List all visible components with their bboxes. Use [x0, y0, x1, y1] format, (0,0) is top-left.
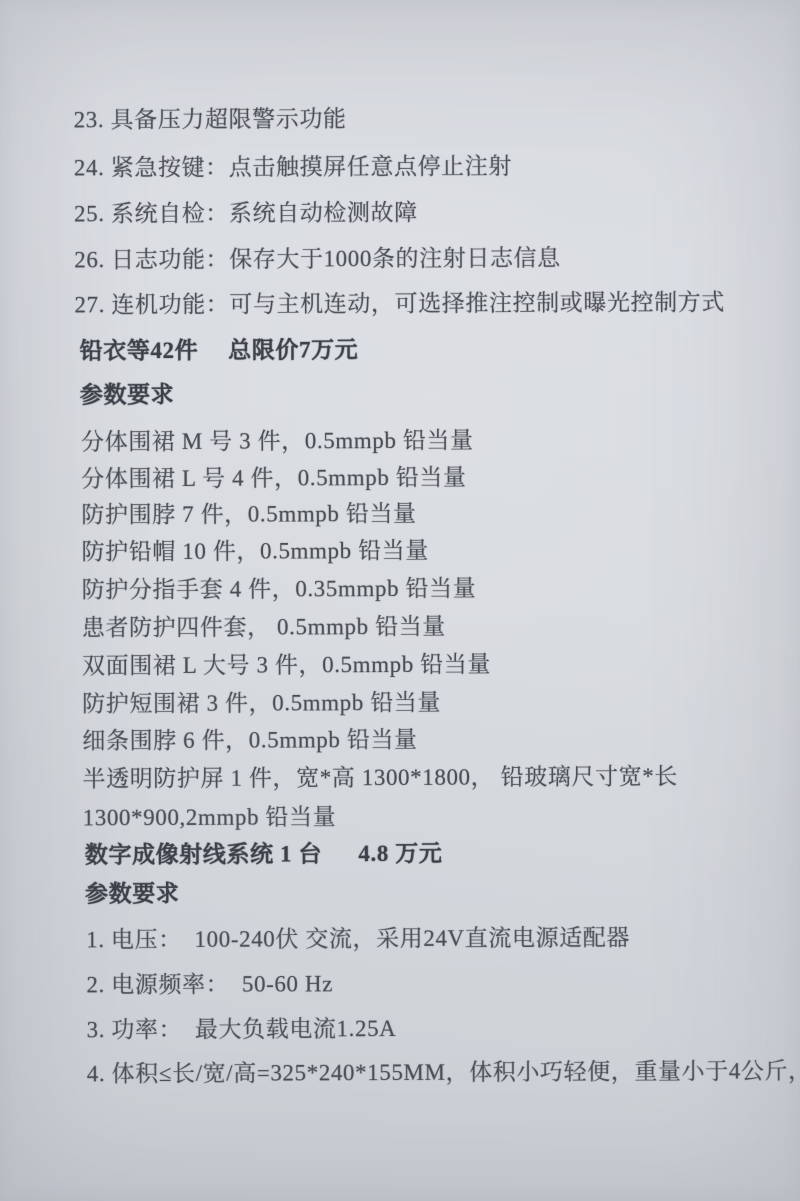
- apron-item-protective-screen-cont: 1300*900,2mmpb 铅当量: [83, 804, 337, 831]
- apron-item-patient-set: 患者防护四件套， 0.5mmpb 铅当量: [82, 614, 446, 642]
- imaging-system-title: 数字成像射线系统 1 台 4.8 万元: [85, 841, 443, 869]
- apron-item-finger-gloves: 防护分指手套 4 件，0.35mmpb 铅当量: [82, 576, 477, 604]
- system-spec-size: 4. 体积≤长/宽/高=325*240*155MM，体积小巧轻便，重量小于4公斤…: [87, 1058, 800, 1087]
- spec-item-23: 23. 具备压力超限警示功能: [74, 106, 347, 133]
- apron-item-neck-guard: 防护围脖 7 件，0.5mmpb 铅当量: [81, 501, 416, 528]
- apron-item-thin-neck-guard: 细条围脖 6 件，0.5mmpb 铅当量: [82, 727, 417, 754]
- system-spec-voltage: 1. 电压： 100-240伏 交流，采用24V直流电源适配器: [86, 925, 630, 953]
- system-spec-frequency: 2. 电源频率： 50-60 Hz: [86, 971, 333, 998]
- spec-item-26: 26. 日志功能：保存大于1000条的注射日志信息: [74, 245, 561, 273]
- imaging-params-heading: 参数要求: [85, 881, 180, 907]
- apron-item-short-skirt: 防护短围裙 3 件，0.5mmpb 铅当量: [82, 690, 441, 718]
- apron-item-skirt-m: 分体围裙 M 号 3 件，0.5mmpb 铅当量: [81, 428, 474, 456]
- spec-item-24: 24. 紧急按键：点击触摸屏任意点停止注射: [74, 154, 512, 182]
- apron-item-double-skirt: 双面围裙 L 大号 3 件，0.5mmpb 铅当量: [82, 652, 491, 680]
- lead-apron-title: 铅衣等42件 总限价7万元: [80, 337, 359, 364]
- spec-item-25: 25. 系统自检：系统自动检测故障: [74, 200, 418, 227]
- spec-item-27: 27. 连机功能：可与主机连动，可选择推注控制或曝光控制方式: [74, 290, 725, 319]
- lead-apron-params-heading: 参数要求: [80, 382, 175, 408]
- apron-item-lead-cap: 防护铅帽 10 件，0.5mmpb 铅当量: [81, 538, 429, 566]
- apron-item-protective-screen: 半透明防护屏 1 件，宽*高 1300*1800， 铅玻璃尺寸宽*长: [82, 764, 678, 793]
- paper-page: 23. 具备压力超限警示功能 24. 紧急按键：点击触摸屏任意点停止注射 25.…: [0, 0, 800, 1201]
- system-spec-power: 3. 功率： 最大负载电流1.25A: [87, 1016, 397, 1043]
- document-photo: 23. 具备压力超限警示功能 24. 紧急按键：点击触摸屏任意点停止注射 25.…: [0, 0, 800, 1201]
- apron-item-skirt-l: 分体围裙 L 号 4 件，0.5mmpb 铅当量: [81, 465, 467, 493]
